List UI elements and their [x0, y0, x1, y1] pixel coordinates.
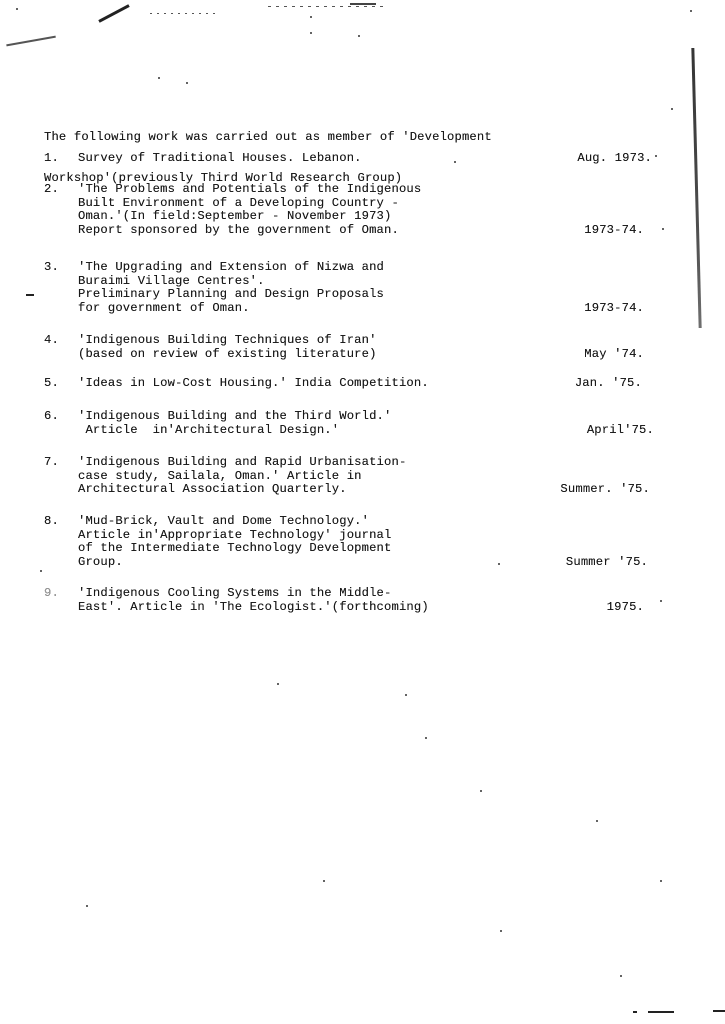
item-description: 'Indigenous Cooling Systems in the Middl… [78, 587, 429, 614]
scan-mark-bottom-2 [633, 1011, 637, 1013]
item-number: 5. [44, 377, 74, 391]
scan-mark-top-left [6, 36, 56, 46]
speck [86, 905, 88, 907]
item-line: Architectural Association Quarterly. [78, 483, 406, 497]
scan-mark-bottom-1 [648, 1011, 674, 1013]
item-line: 'The Problems and Potentials of the Indi… [78, 183, 421, 197]
item-line: Built Environment of a Developing Countr… [78, 197, 421, 211]
item-description: Survey of Traditional Houses. Lebanon. [78, 152, 362, 166]
item-date: Summer '75. [528, 556, 648, 570]
speck [425, 737, 427, 739]
item-line: case study, Sailala, Oman.' Article in [78, 470, 406, 484]
item-date: 1975. [524, 601, 644, 615]
item-line: 'Indigenous Building and the Third World… [78, 410, 391, 424]
item-line: East'. Article in 'The Ecologist.'(forth… [78, 601, 429, 615]
item-date: Summer. '75. [530, 483, 650, 497]
item-description: 'The Problems and Potentials of the Indi… [78, 183, 421, 237]
scan-mark-bottom-3 [713, 1010, 725, 1012]
item-number: 3. [44, 261, 74, 275]
item-number: 6. [44, 410, 74, 424]
speck [310, 32, 312, 34]
scan-mark-top [98, 4, 129, 23]
item-date: May '74. [524, 348, 644, 362]
item-line: Survey of Traditional Houses. Lebanon. [78, 152, 362, 166]
item-line: (based on review of existing literature) [78, 348, 377, 362]
speck [405, 694, 407, 696]
item-line: Preliminary Planning and Design Proposal… [78, 288, 384, 302]
item-line: for government of Oman. [78, 302, 384, 316]
intro-line: The following work was carried out as me… [44, 131, 492, 145]
item-line: Report sponsored by the government of Om… [78, 224, 421, 238]
item-line: of the Intermediate Technology Developme… [78, 542, 391, 556]
item-line: 'Mud-Brick, Vault and Dome Technology.' [78, 515, 391, 529]
scan-mark-left-dash [26, 294, 34, 296]
item-line: Oman.'(In field:September - November 197… [78, 210, 421, 224]
item-number: 7. [44, 456, 74, 470]
speck [655, 155, 657, 157]
item-number: 8. [44, 515, 74, 529]
item-line: Article in'Architectural Design.' [78, 424, 391, 438]
item-date: April'75. [534, 424, 654, 438]
speck [480, 790, 482, 792]
item-line: 'Indigenous Cooling Systems in the Middl… [78, 587, 429, 601]
speck [662, 228, 664, 230]
speck [40, 570, 42, 572]
item-line: 'Indigenous Building and Rapid Urbanisat… [78, 456, 406, 470]
item-line: Group. [78, 556, 391, 570]
speck [660, 880, 662, 882]
item-number: 4. [44, 334, 74, 348]
speck [596, 820, 598, 822]
item-description: 'Indigenous Building Techniques of Iran'… [78, 334, 377, 361]
scanned-page: The following work was carried out as me… [0, 0, 725, 1024]
speck [500, 930, 502, 932]
speck [277, 683, 279, 685]
speck [310, 16, 312, 18]
speck [16, 8, 18, 10]
speck [671, 108, 673, 110]
item-description: 'Indigenous Building and Rapid Urbanisat… [78, 456, 406, 497]
speck [358, 35, 360, 37]
item-number: 1. [44, 152, 74, 166]
item-line: 'Ideas in Low-Cost Housing.' India Compe… [78, 377, 429, 391]
item-date: Jan. '75. [522, 377, 642, 391]
item-date: 1973-74. [524, 302, 644, 316]
speck [690, 10, 692, 12]
item-description: 'The Upgrading and Extension of Nizwa an… [78, 261, 384, 315]
item-description: 'Indigenous Building and the Third World… [78, 410, 391, 437]
speck [186, 82, 188, 84]
item-date: 1973-74. [524, 224, 644, 238]
speck [660, 600, 662, 602]
item-line: 'The Upgrading and Extension of Nizwa an… [78, 261, 384, 275]
scan-mark-top-dots-2 [268, 6, 388, 7]
item-line: 'Indigenous Building Techniques of Iran' [78, 334, 377, 348]
speck [620, 975, 622, 977]
speck [498, 563, 500, 565]
item-date: Aug. 1973. [532, 152, 652, 166]
item-line: Article in'Appropriate Technology' journ… [78, 529, 391, 543]
scan-edge-streak [691, 48, 701, 328]
item-number: 2. [44, 183, 74, 197]
scan-mark-top-dots [150, 13, 220, 14]
speck [158, 77, 160, 79]
item-description: 'Ideas in Low-Cost Housing.' India Compe… [78, 377, 429, 391]
item-line: Buraimi Village Centres'. [78, 275, 384, 289]
item-number: 9. [44, 587, 74, 601]
item-description: 'Mud-Brick, Vault and Dome Technology.'A… [78, 515, 391, 569]
speck [323, 880, 325, 882]
scan-mark-top-line [350, 3, 376, 5]
